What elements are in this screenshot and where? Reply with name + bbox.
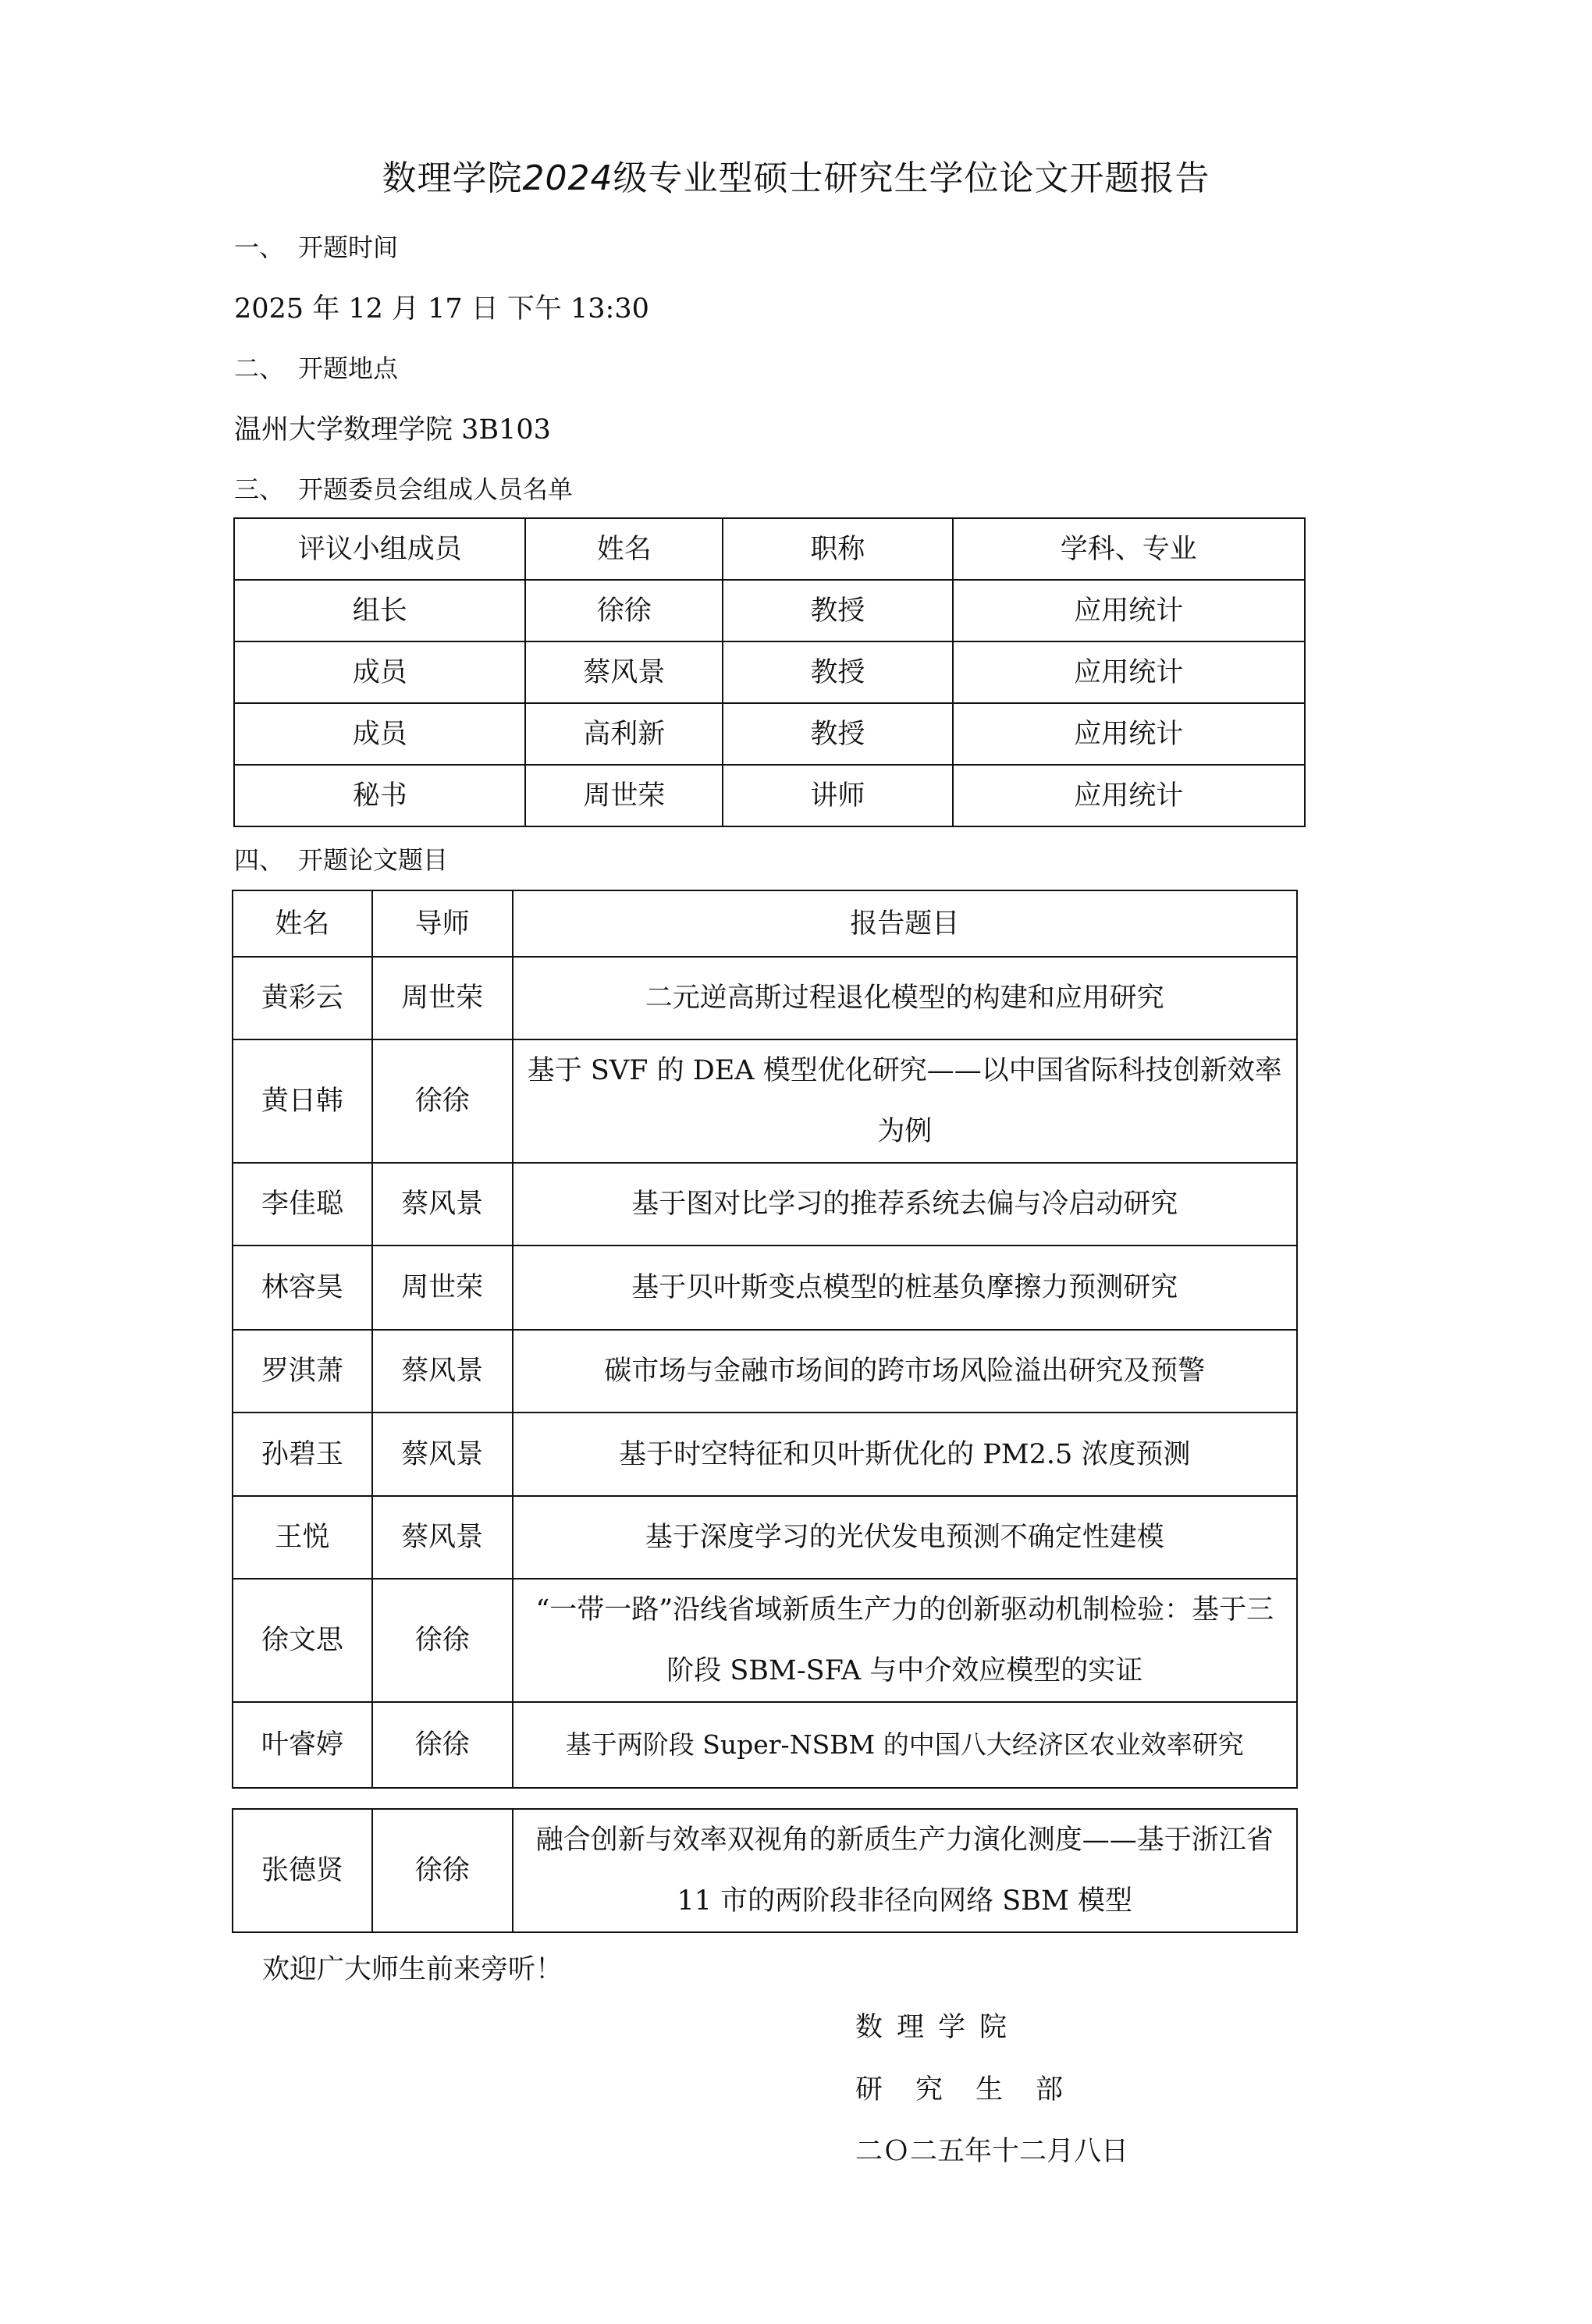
topics-table-continued: 张德贤 徐徐 融合创新与效率双视角的新质生产力演化测度——基于浙江省 11 市的… — [232, 1808, 1298, 1933]
section-number: 一、 — [234, 228, 298, 264]
title-suffix: 级专业型硕士研究生学位论文开题报告 — [613, 158, 1210, 198]
header-cell: 姓名 — [233, 890, 372, 957]
title-prefix: 数理学院 — [382, 158, 523, 198]
title-cell: 讲师 — [723, 765, 953, 826]
name-cell: 周世荣 — [525, 765, 723, 826]
signature-org: 数理学院 — [855, 2006, 1021, 2045]
topic-cell: 基于 SVF 的 DEA 模型优化研究——以中国省际科技创新效率为例 — [513, 1039, 1298, 1163]
table-row: 张德贤 徐徐 融合创新与效率双视角的新质生产力演化测度——基于浙江省 11 市的… — [233, 1809, 1297, 1932]
section-number: 三、 — [234, 470, 298, 506]
committee-table: 评议小组成员 姓名 职称 学科、专业 组长 徐徐 教授 应用统计 成员 蔡风景 … — [233, 517, 1306, 827]
advisor-cell: 周世荣 — [372, 1246, 513, 1330]
student-cell: 黄日韩 — [233, 1039, 372, 1163]
table-row: 成员 高利新 教授 应用统计 — [234, 703, 1305, 765]
page-title: 数理学院2024级专业型硕士研究生学位论文开题报告 — [0, 150, 1592, 200]
header-cell: 学科、专业 — [953, 518, 1305, 580]
title-cell: 教授 — [723, 641, 953, 703]
table-row: 叶睿婷 徐徐 基于两阶段 Super-NSBM 的中国八大经济区农业效率研究 — [233, 1702, 1297, 1788]
topic-cell: 碳市场与金融市场间的跨市场风险溢出研究及预警 — [513, 1330, 1298, 1413]
student-cell: 徐文思 — [233, 1579, 372, 1702]
major-cell: 应用统计 — [953, 641, 1305, 703]
major-cell: 应用统计 — [953, 580, 1305, 641]
table-row: 黄日韩 徐徐 基于 SVF 的 DEA 模型优化研究——以中国省际科技创新效率为… — [233, 1039, 1297, 1163]
student-cell: 李佳聪 — [233, 1163, 372, 1246]
role-cell: 成员 — [234, 703, 525, 765]
table-row: 罗淇萧 蔡风景 碳市场与金融市场间的跨市场风险溢出研究及预警 — [233, 1330, 1297, 1413]
section-heading-committee: 三、开题委员会组成人员名单 — [234, 470, 573, 506]
role-cell: 成员 — [234, 641, 525, 703]
topic-cell: 融合创新与效率双视角的新质生产力演化测度——基于浙江省 11 市的两阶段非径向网… — [513, 1809, 1298, 1932]
section-number: 四、 — [234, 840, 298, 876]
topic-cell: 基于图对比学习的推荐系统去偏与冷启动研究 — [513, 1163, 1298, 1246]
major-cell: 应用统计 — [953, 765, 1305, 826]
topic-cell: 基于两阶段 Super-NSBM 的中国八大经济区农业效率研究 — [513, 1702, 1298, 1788]
table-row: 成员 蔡风景 教授 应用统计 — [234, 641, 1305, 703]
topic-cell: 基于深度学习的光伏发电预测不确定性建模 — [513, 1496, 1298, 1579]
student-cell: 张德贤 — [233, 1809, 372, 1932]
advisor-cell: 徐徐 — [372, 1809, 513, 1932]
name-cell: 蔡风景 — [525, 641, 723, 703]
role-cell: 组长 — [234, 580, 525, 641]
advisor-cell: 徐徐 — [372, 1702, 513, 1788]
header-cell: 职称 — [723, 518, 953, 580]
table-header-row: 评议小组成员 姓名 职称 学科、专业 — [234, 518, 1305, 580]
student-cell: 孙碧玉 — [233, 1413, 372, 1496]
section-heading-place: 二、开题地点 — [234, 349, 398, 385]
section-number: 二、 — [234, 349, 298, 385]
student-cell: 叶睿婷 — [233, 1702, 372, 1788]
header-cell: 评议小组成员 — [234, 518, 525, 580]
section-label: 开题论文题目 — [298, 845, 448, 875]
student-cell: 王悦 — [233, 1496, 372, 1579]
major-cell: 应用统计 — [953, 703, 1305, 765]
student-cell: 罗淇萧 — [233, 1330, 372, 1413]
name-cell: 徐徐 — [525, 580, 723, 641]
role-cell: 秘书 — [234, 765, 525, 826]
topic-cell: 基于贝叶斯变点模型的桩基负摩擦力预测研究 — [513, 1246, 1298, 1330]
defense-place: 温州大学数理学院 3B103 — [234, 408, 551, 447]
advisor-cell: 蔡风景 — [372, 1413, 513, 1496]
student-cell: 林容昊 — [233, 1246, 372, 1330]
advisor-cell: 蔡风景 — [372, 1163, 513, 1246]
title-cell: 教授 — [723, 703, 953, 765]
defense-time: 2025 年 12 月 17 日 下午 13:30 — [234, 287, 649, 326]
header-cell: 报告题目 — [513, 890, 1298, 957]
title-cell: 教授 — [723, 580, 953, 641]
header-cell: 姓名 — [525, 518, 723, 580]
section-label: 开题时间 — [298, 233, 398, 262]
signature-date: 二Ｏ二五年十二月八日 — [855, 2130, 1128, 2169]
signature-dept: 研究生部 — [855, 2068, 1096, 2107]
table-header-row: 姓名 导师 报告题目 — [233, 890, 1297, 957]
table-row: 李佳聪 蔡风景 基于图对比学习的推荐系统去偏与冷启动研究 — [233, 1163, 1297, 1246]
table-row: 组长 徐徐 教授 应用统计 — [234, 580, 1305, 641]
title-year: 2024 — [523, 158, 613, 198]
topic-cell: 基于时空特征和贝叶斯优化的 PM2.5 浓度预测 — [513, 1413, 1298, 1496]
table-row: 徐文思 徐徐 “一带一路”沿线省域新质生产力的创新驱动机制检验：基于三阶段 SB… — [233, 1579, 1297, 1702]
advisor-cell: 徐徐 — [372, 1579, 513, 1702]
advisor-cell: 周世荣 — [372, 957, 513, 1039]
table-row: 秘书 周世荣 讲师 应用统计 — [234, 765, 1305, 826]
table-row: 孙碧玉 蔡风景 基于时空特征和贝叶斯优化的 PM2.5 浓度预测 — [233, 1413, 1297, 1496]
header-cell: 导师 — [372, 890, 513, 957]
table-row: 黄彩云 周世荣 二元逆高斯过程退化模型的构建和应用研究 — [233, 957, 1297, 1039]
advisor-cell: 蔡风景 — [372, 1330, 513, 1413]
topics-table: 姓名 导师 报告题目 黄彩云 周世荣 二元逆高斯过程退化模型的构建和应用研究 黄… — [232, 890, 1298, 1789]
table-row: 王悦 蔡风景 基于深度学习的光伏发电预测不确定性建模 — [233, 1496, 1297, 1579]
welcome-note: 欢迎广大师生前来旁听！ — [262, 1948, 563, 1987]
topic-cell: 二元逆高斯过程退化模型的构建和应用研究 — [513, 957, 1298, 1039]
section-heading-time: 一、开题时间 — [234, 228, 398, 264]
section-heading-topics: 四、开题论文题目 — [234, 840, 448, 876]
student-cell: 黄彩云 — [233, 957, 372, 1039]
advisor-cell: 徐徐 — [372, 1039, 513, 1163]
topic-cell: “一带一路”沿线省域新质生产力的创新驱动机制检验：基于三阶段 SBM-SFA 与… — [513, 1579, 1298, 1702]
table-row: 林容昊 周世荣 基于贝叶斯变点模型的桩基负摩擦力预测研究 — [233, 1246, 1297, 1330]
section-label: 开题地点 — [298, 354, 398, 383]
name-cell: 高利新 — [525, 703, 723, 765]
advisor-cell: 蔡风景 — [372, 1496, 513, 1579]
section-label: 开题委员会组成人员名单 — [298, 474, 573, 504]
